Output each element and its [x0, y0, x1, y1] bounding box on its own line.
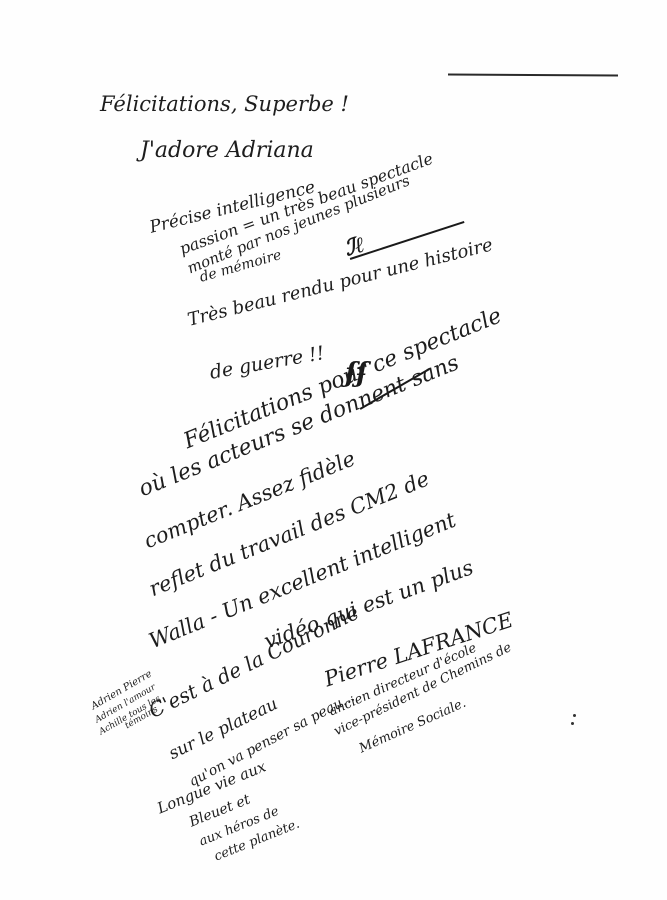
stray-mark — [573, 714, 576, 717]
entry-1-line-2: J'adore Adriana — [140, 138, 314, 163]
stray-mark — [571, 722, 574, 725]
top-rule-line — [448, 74, 618, 77]
scanned-page: Félicitations, Superbe ! J'adore Adriana… — [0, 0, 667, 900]
entry-1-line-1: Félicitations, Superbe ! — [100, 92, 349, 116]
entry-3-line-2: de guerre !! — [208, 342, 326, 384]
